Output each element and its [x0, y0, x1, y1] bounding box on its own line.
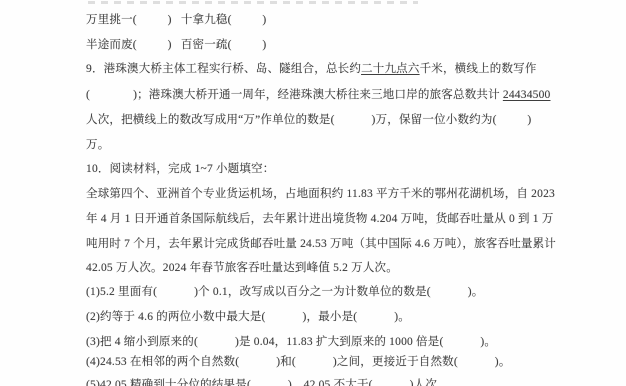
text-segment: 全球第四个、亚洲首个专业货运机场，占地面积约 11.83 平方千米的鄂州花湖机场… — [86, 188, 555, 200]
underlined-text: 24434500 — [503, 89, 551, 101]
question-10-sub-question-5-clipped: (5)42.05 精确到十分位的结果是( )，42.05 不大于( )人次 — [86, 378, 558, 386]
question-9-line-4: 万。 — [86, 138, 558, 152]
question-10-sub-question-2: (2)约等于 4.6 的两位小数中最大是( )，最小是( )。 — [86, 310, 558, 324]
text-segment: (4)24.53 在相邻的两个自然数( )和( )之间，更接近于自然数( )。 — [86, 356, 511, 368]
question-9-line-1: 9．港珠澳大桥主体工程实行桥、岛、隧组合，总长约二十九点六千米，横线上的数写作 — [86, 62, 558, 76]
idiom-blank-row-2: 半途而废( ) 百密一疏( ) — [86, 38, 558, 52]
text-segment: 万里挑一( ) 十拿九稳( ) — [86, 14, 266, 26]
clipped-text-remnant-top — [88, 1, 418, 4]
question-10-material-line-3: 吨用时 7 个月，去年累计完成货邮吞吐量 24.53 万吨（其中国际 4.6 万… — [86, 237, 558, 251]
text-segment: (2)约等于 4.6 的两位小数中最大是( )，最小是( )。 — [86, 311, 410, 323]
question-10-header: 10．阅读材料，完成 1~7 小题填空： — [86, 162, 558, 176]
text-segment: (3)把 4 缩小到原来的( )是 0.04，11.83 扩大到原来的 1000… — [86, 336, 496, 348]
idiom-blank-row-1: 万里挑一( ) 十拿九稳( ) — [86, 13, 558, 27]
question-10-sub-question-3: (3)把 4 缩小到原来的( )是 0.04，11.83 扩大到原来的 1000… — [86, 335, 558, 349]
text-segment: ( )；港珠澳大桥开通一周年，经港珠澳大桥往来三地口岸的旅客总数共计 — [86, 89, 503, 101]
text-segment: (5)42.05 精确到十分位的结果是( )，42.05 不大于( )人次 — [86, 379, 437, 386]
text-segment: 年 4 月 1 日开通首条国际航线后，去年累计进出境货物 4.204 万吨，货邮… — [86, 213, 554, 225]
text-segment: 半途而废( ) 百密一疏( ) — [86, 39, 266, 51]
question-10-material-line-2: 年 4 月 1 日开通首条国际航线后，去年累计进出境货物 4.204 万吨，货邮… — [86, 212, 558, 226]
underlined-text: 二十九点六 — [361, 63, 420, 75]
text-segment: 吨用时 7 个月，去年累计完成货邮吞吐量 24.53 万吨（其中国际 4.6 万… — [86, 238, 556, 250]
text-segment: (1)5.2 里面有( )个 0.1，改写成以百分之一为计数单位的数是( )。 — [86, 286, 483, 298]
question-10-material-line-1: 全球第四个、亚洲首个专业货运机场，占地面积约 11.83 平方千米的鄂州花湖机场… — [86, 187, 558, 201]
question-9-line-2: ( )；港珠澳大桥开通一周年，经港珠澳大桥往来三地口岸的旅客总数共计 24434… — [86, 88, 558, 102]
question-10-material-line-4: 42.05 万人次。2024 年春节旅客吞吐量达到峰值 5.2 万人次。 — [86, 261, 558, 275]
text-segment: 万。 — [86, 139, 109, 151]
text-segment: 人次，把横线上的数改写成用“万”作单位的数是( )万，保留一位小数约为( ) — [86, 114, 531, 126]
text-segment: 42.05 万人次。2024 年春节旅客吞吐量达到峰值 5.2 万人次。 — [86, 262, 398, 274]
text-segment: 千米，横线上的数写作 — [420, 63, 537, 75]
question-9-line-3: 人次，把横线上的数改写成用“万”作单位的数是( )万，保留一位小数约为( ) — [86, 113, 558, 127]
question-10-sub-question-1: (1)5.2 里面有( )个 0.1，改写成以百分之一为计数单位的数是( )。 — [86, 285, 558, 299]
question-10-sub-question-4: (4)24.53 在相邻的两个自然数( )和( )之间，更接近于自然数( )。 — [86, 355, 558, 369]
text-segment: 10．阅读材料，完成 1~7 小题填空： — [86, 163, 274, 175]
text-segment: 9．港珠澳大桥主体工程实行桥、岛、隧组合，总长约 — [86, 63, 361, 75]
worksheet-page: 万里挑一( ) 十拿九稳( ) 半途而废( ) 百密一疏( ) 9．港珠澳大桥主… — [0, 0, 626, 386]
